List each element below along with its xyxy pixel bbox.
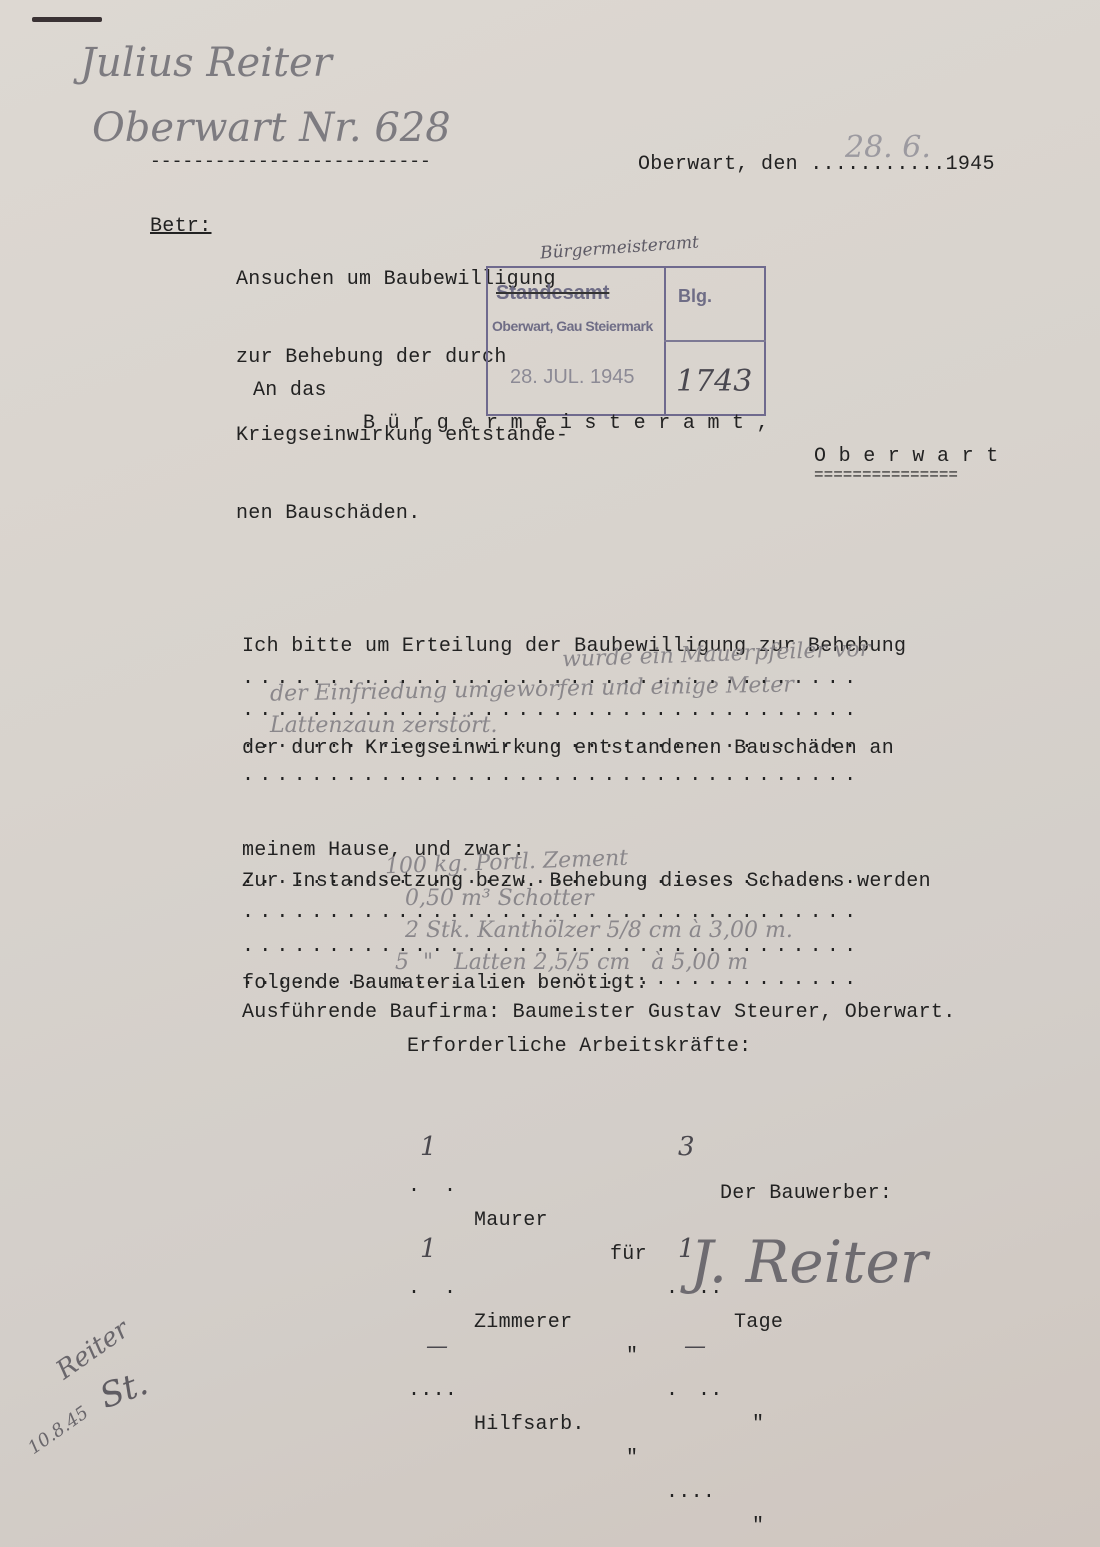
stamp-divider	[664, 340, 766, 342]
ink-mark	[32, 17, 102, 22]
date-year: 1945	[946, 153, 995, 176]
city-underline: ===============	[814, 466, 958, 484]
subject-label: Betr:	[150, 215, 212, 238]
dotted-line: ....................................	[242, 968, 861, 991]
labor-row: .1. Maurer für .3.. Tage	[408, 1136, 457, 1170]
dotted-line: ....................................	[242, 901, 861, 924]
labor-days: —	[684, 1330, 706, 1364]
margin-note-initials: St.	[95, 1363, 154, 1417]
stamp-office: Standesamt	[496, 282, 609, 305]
labor-count: —	[426, 1330, 448, 1364]
dotted-line: ....................................	[242, 667, 861, 690]
stamp-number: 1743	[676, 364, 752, 399]
recipient-prefix: An das	[253, 379, 327, 402]
labor-for: für	[610, 1238, 647, 1272]
labor-count: 1	[420, 1232, 437, 1266]
labor-unit: Tage	[734, 1306, 783, 1340]
dotted-line: ....................................	[242, 699, 861, 722]
labor-count: 1	[420, 1130, 437, 1164]
labor-table: .1. Maurer für .3.. Tage .1. Zimmerer " …	[408, 1068, 457, 1408]
recipient-office: B ü r g e r m e i s t e r a m t ,	[363, 412, 769, 435]
labor-unit: "	[752, 1510, 764, 1544]
dotted-line: ....................................	[242, 935, 861, 958]
contractor: Ausführende Baufirma: Baumeister Gustav …	[242, 1001, 956, 1024]
labor-heading: Erforderliche Arbeitskräfte:	[407, 1035, 751, 1058]
recipient-city: O b e r w a r t	[814, 445, 999, 468]
labor-days: 3	[678, 1130, 695, 1164]
place-prefix: Oberwart, den	[638, 153, 810, 176]
labor-role: Zimmerer	[474, 1306, 572, 1340]
dotted-line: ....................................	[242, 731, 861, 754]
date-dots: ...........	[810, 153, 945, 176]
stamp-field-label: Blg.	[678, 286, 712, 307]
labor-row: .1. Zimmerer " .1.. "	[408, 1238, 457, 1272]
labor-unit: "	[752, 1408, 764, 1442]
labor-for: "	[626, 1340, 638, 1374]
registry-stamp: Standesamt Oberwart, Gau Steiermark 28. …	[486, 266, 766, 416]
handwritten-name: Julius Reiter	[80, 40, 332, 86]
stamp-office-sub: Oberwart, Gau Steiermark	[492, 318, 653, 334]
labor-row: ....— Hilfsarb. " ....— "	[408, 1340, 457, 1374]
labor-for: "	[626, 1442, 638, 1476]
dashed-rule: --------------------------	[150, 152, 431, 172]
subject-line: nen Bauschäden.	[236, 501, 568, 527]
signature: J. Reiter	[690, 1228, 928, 1296]
place-date: Oberwart, den ...........1945	[638, 153, 995, 176]
dotted-line: ....................................	[242, 764, 861, 787]
stamp-date: 28. JUL. 1945	[510, 366, 635, 389]
handwritten-address: Oberwart Nr. 628	[92, 105, 451, 151]
dotted-line: ....................................	[242, 867, 861, 890]
margin-note-date: 10.8.45	[24, 1402, 92, 1459]
labor-role: Hilfsarb.	[474, 1408, 585, 1442]
signature-label: Der Bauwerber:	[720, 1182, 892, 1205]
labor-role: Maurer	[474, 1204, 548, 1238]
